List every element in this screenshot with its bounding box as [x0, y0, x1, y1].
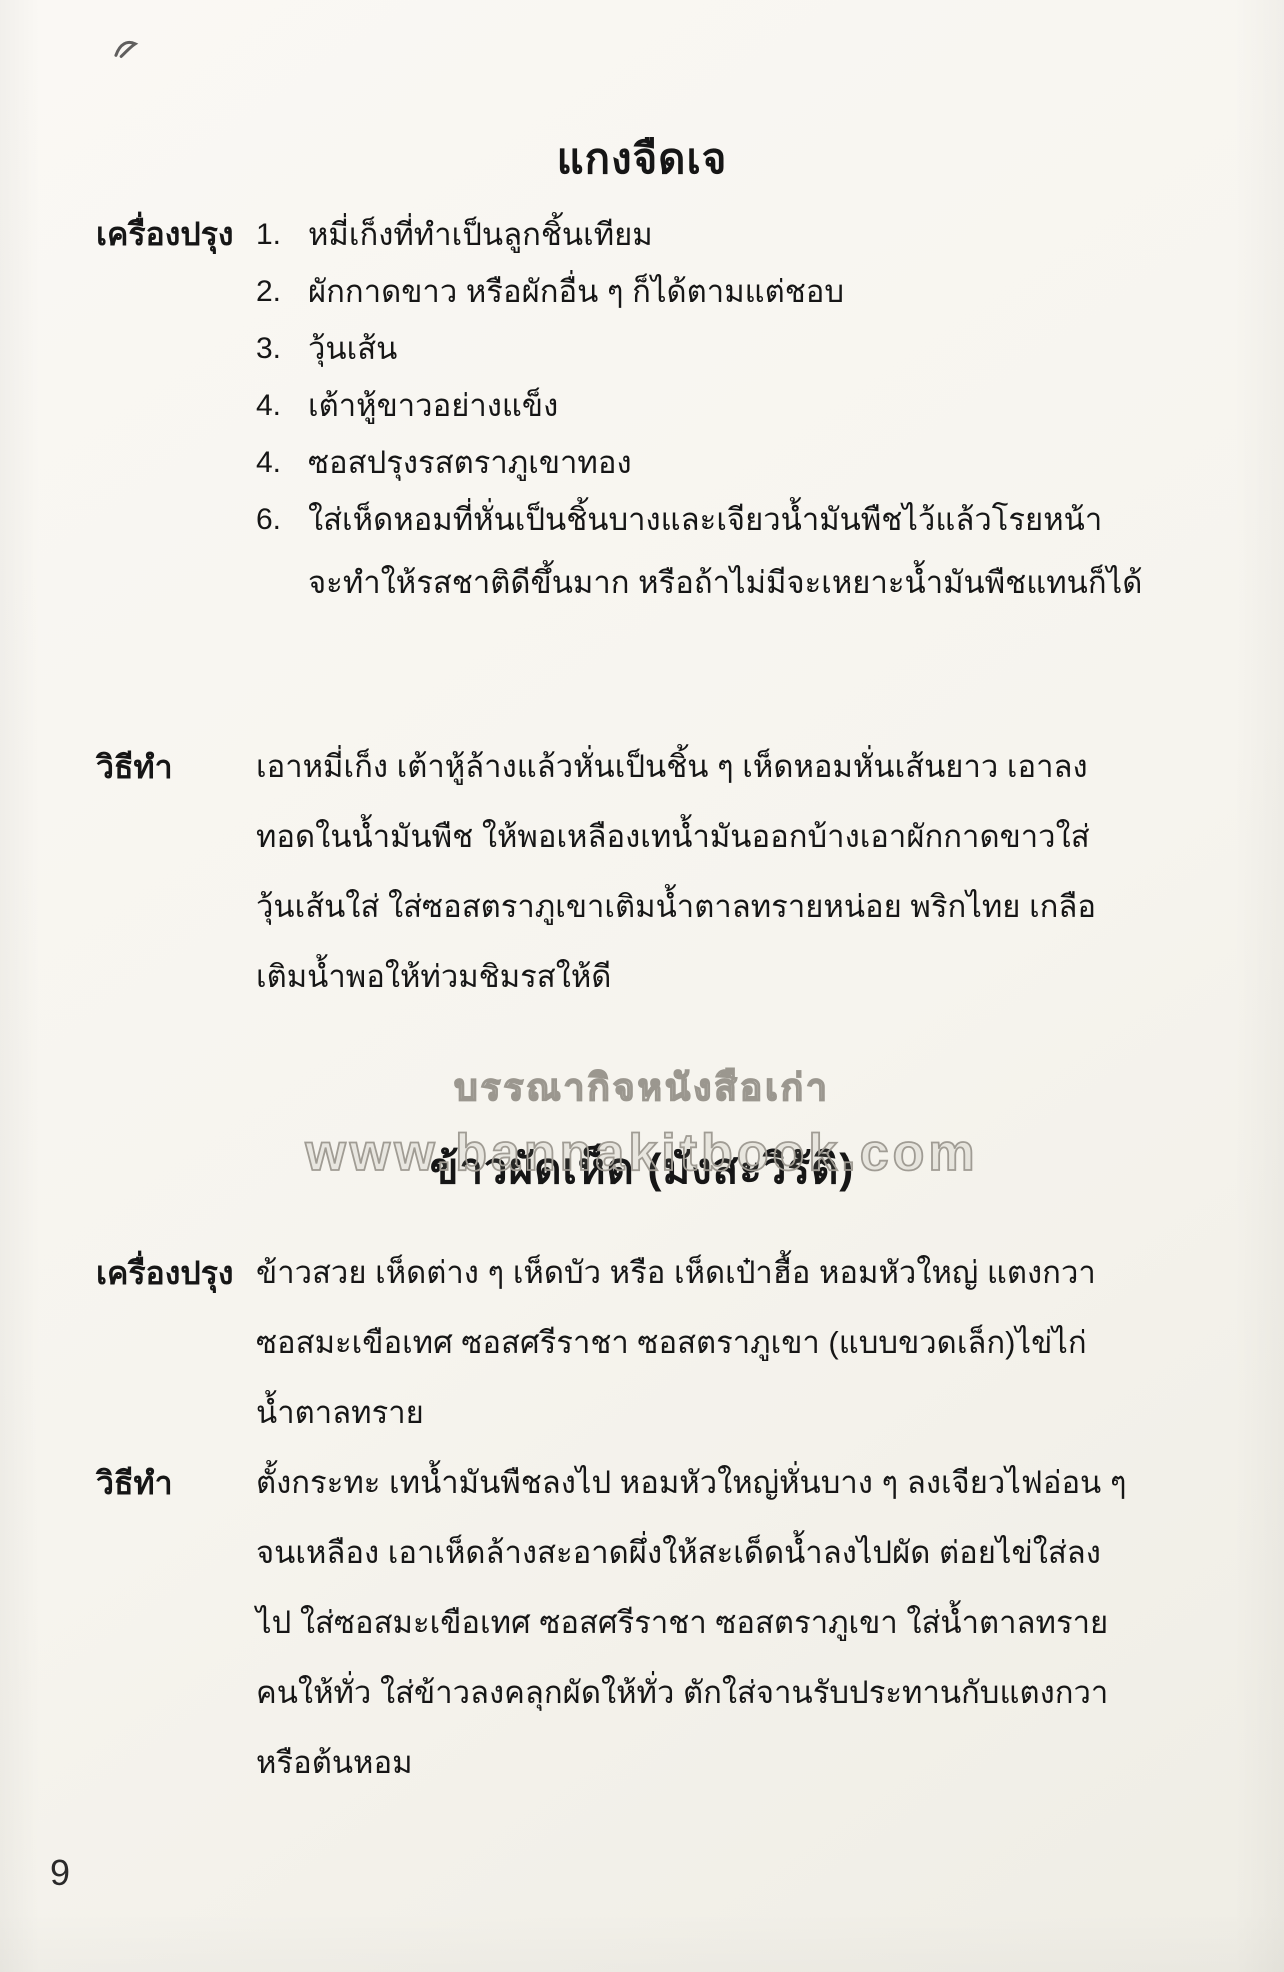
- ingredients-paragraph: ข้าวสวย เห็ดต่าง ๆ เห็ดบัว หรือ เห็ดเป๋า…: [256, 1238, 1226, 1448]
- recipe2-body: เครื่องปรุง ข้าวสวย เห็ดต่าง ๆ เห็ดบัว ห…: [96, 1238, 1226, 1798]
- ingredients-line: ซอสมะเขือเทศ ซอสศรีราชา ซอสตราภูเขา (แบบ…: [256, 1308, 1226, 1378]
- method-line: จนเหลือง เอาเห็ดล้างสะอาดผึ่งให้สะเด็ดน้…: [256, 1518, 1226, 1588]
- item-text: ผักกาดขาว หรือผักอื่น ๆ ก็ได้ตามแต่ชอบ: [308, 263, 1226, 320]
- method-paragraph: ตั้งกระทะ เทน้ำมันพืชลงไป หอมหัวใหญ่หั่น…: [256, 1448, 1226, 1798]
- ingredient-row: 3. วุ้นเส้น: [96, 320, 1226, 377]
- recipe1-method: วิธีทำ เอาหมี่เก็ง เต้าหู้ล้างแล้วหั่นเป…: [96, 732, 1226, 1012]
- recipe1-title: แกงจืดเจ: [0, 126, 1284, 192]
- method-line: วุ้นเส้นใส่ ใส่ซอสตราภูเขาเติมน้ำตาลทราย…: [256, 872, 1226, 942]
- item-text: ใส่เห็ดหอมที่หั่นเป็นชิ้นบางและเจียวน้ำม…: [308, 491, 1226, 548]
- item-text: หมี่เก็งที่ทำเป็นลูกชิ้นเทียม: [308, 206, 1226, 263]
- method-line: เอาหมี่เก็ง เต้าหู้ล้างแล้วหั่นเป็นชิ้น …: [256, 732, 1226, 802]
- recipe2-title: ข้าวผัดเห็ด (มังสะวิรัติ): [0, 1136, 1284, 1202]
- method-line: คนให้ทั่ว ใส่ข้าวลงคลุกผัดให้ทั่ว ตักใส่…: [256, 1658, 1226, 1728]
- ingredient-row: 6. ใส่เห็ดหอมที่หั่นเป็นชิ้นบางและเจียวน…: [96, 491, 1226, 548]
- watermark-shop-name: บรรณากิจหนังสือเก่า: [0, 1058, 1284, 1117]
- item-text: เต้าหู้ขาวอย่างแข็ง: [308, 377, 1226, 434]
- recipe2-ingredients: เครื่องปรุง ข้าวสวย เห็ดต่าง ๆ เห็ดบัว ห…: [96, 1238, 1226, 1448]
- method-line: ไป ใส่ซอสมะเขือเทศ ซอสศรีราชา ซอสตราภูเข…: [256, 1588, 1226, 1658]
- method-paragraph: เอาหมี่เก็ง เต้าหู้ล้างแล้วหั่นเป็นชิ้น …: [256, 732, 1226, 1012]
- method-row: วิธีทำ เอาหมี่เก็ง เต้าหู้ล้างแล้วหั่นเป…: [96, 732, 1226, 1012]
- method-label: วิธีทำ: [96, 1448, 256, 1518]
- scanned-cookbook-page: แกงจืดเจ เครื่องปรุง 1. หมี่เก็งที่ทำเป็…: [0, 0, 1284, 1972]
- ingredients-line: น้ำตาลทราย: [256, 1378, 1226, 1448]
- recipe1-ingredients: เครื่องปรุง 1. หมี่เก็งที่ทำเป็นลูกชิ้นเ…: [96, 206, 1226, 618]
- item-number: 6.: [256, 491, 308, 548]
- item-number: 1.: [256, 206, 308, 263]
- item-number: 4.: [256, 434, 308, 491]
- item-text: วุ้นเส้น: [308, 320, 1226, 377]
- ingredients-label: เครื่องปรุง: [96, 1238, 256, 1308]
- method-line: เติมน้ำพอให้ท่วมชิมรสให้ดี: [256, 942, 1226, 1012]
- page-number: 9: [50, 1852, 70, 1894]
- method-label: วิธีทำ: [96, 732, 256, 802]
- recipe2-method: วิธีทำ ตั้งกระทะ เทน้ำมันพืชลงไป หอมหัวใ…: [96, 1448, 1226, 1798]
- method-line: ตั้งกระทะ เทน้ำมันพืชลงไป หอมหัวใหญ่หั่น…: [256, 1448, 1226, 1518]
- item-continuation-text: จะทำให้รสชาติดีขึ้นมาก หรือถ้าไม่มีจะเหย…: [308, 548, 1226, 618]
- item-number: 3.: [256, 320, 308, 377]
- scan-artifact-mark: [110, 35, 147, 63]
- method-line: ทอดในน้ำมันพืช ให้พอเหลืองเทน้ำมันออกบ้า…: [256, 802, 1226, 872]
- ingredient-continuation-row: จะทำให้รสชาติดีขึ้นมาก หรือถ้าไม่มีจะเหย…: [96, 548, 1226, 618]
- ingredients-label: เครื่องปรุง: [96, 206, 256, 263]
- ingredient-row: 4. ซอสปรุงรสตราภูเขาทอง: [96, 434, 1226, 491]
- ingredients-line: ข้าวสวย เห็ดต่าง ๆ เห็ดบัว หรือ เห็ดเป๋า…: [256, 1238, 1226, 1308]
- item-number: 4.: [256, 377, 308, 434]
- item-text: ซอสปรุงรสตราภูเขาทอง: [308, 434, 1226, 491]
- ingredient-row: เครื่องปรุง 1. หมี่เก็งที่ทำเป็นลูกชิ้นเ…: [96, 206, 1226, 263]
- method-line: หรือต้นหอม: [256, 1728, 1226, 1798]
- ingredient-row: 2. ผักกาดขาว หรือผักอื่น ๆ ก็ได้ตามแต่ชอ…: [96, 263, 1226, 320]
- ingredient-row: 4. เต้าหู้ขาวอย่างแข็ง: [96, 377, 1226, 434]
- item-number: 2.: [256, 263, 308, 320]
